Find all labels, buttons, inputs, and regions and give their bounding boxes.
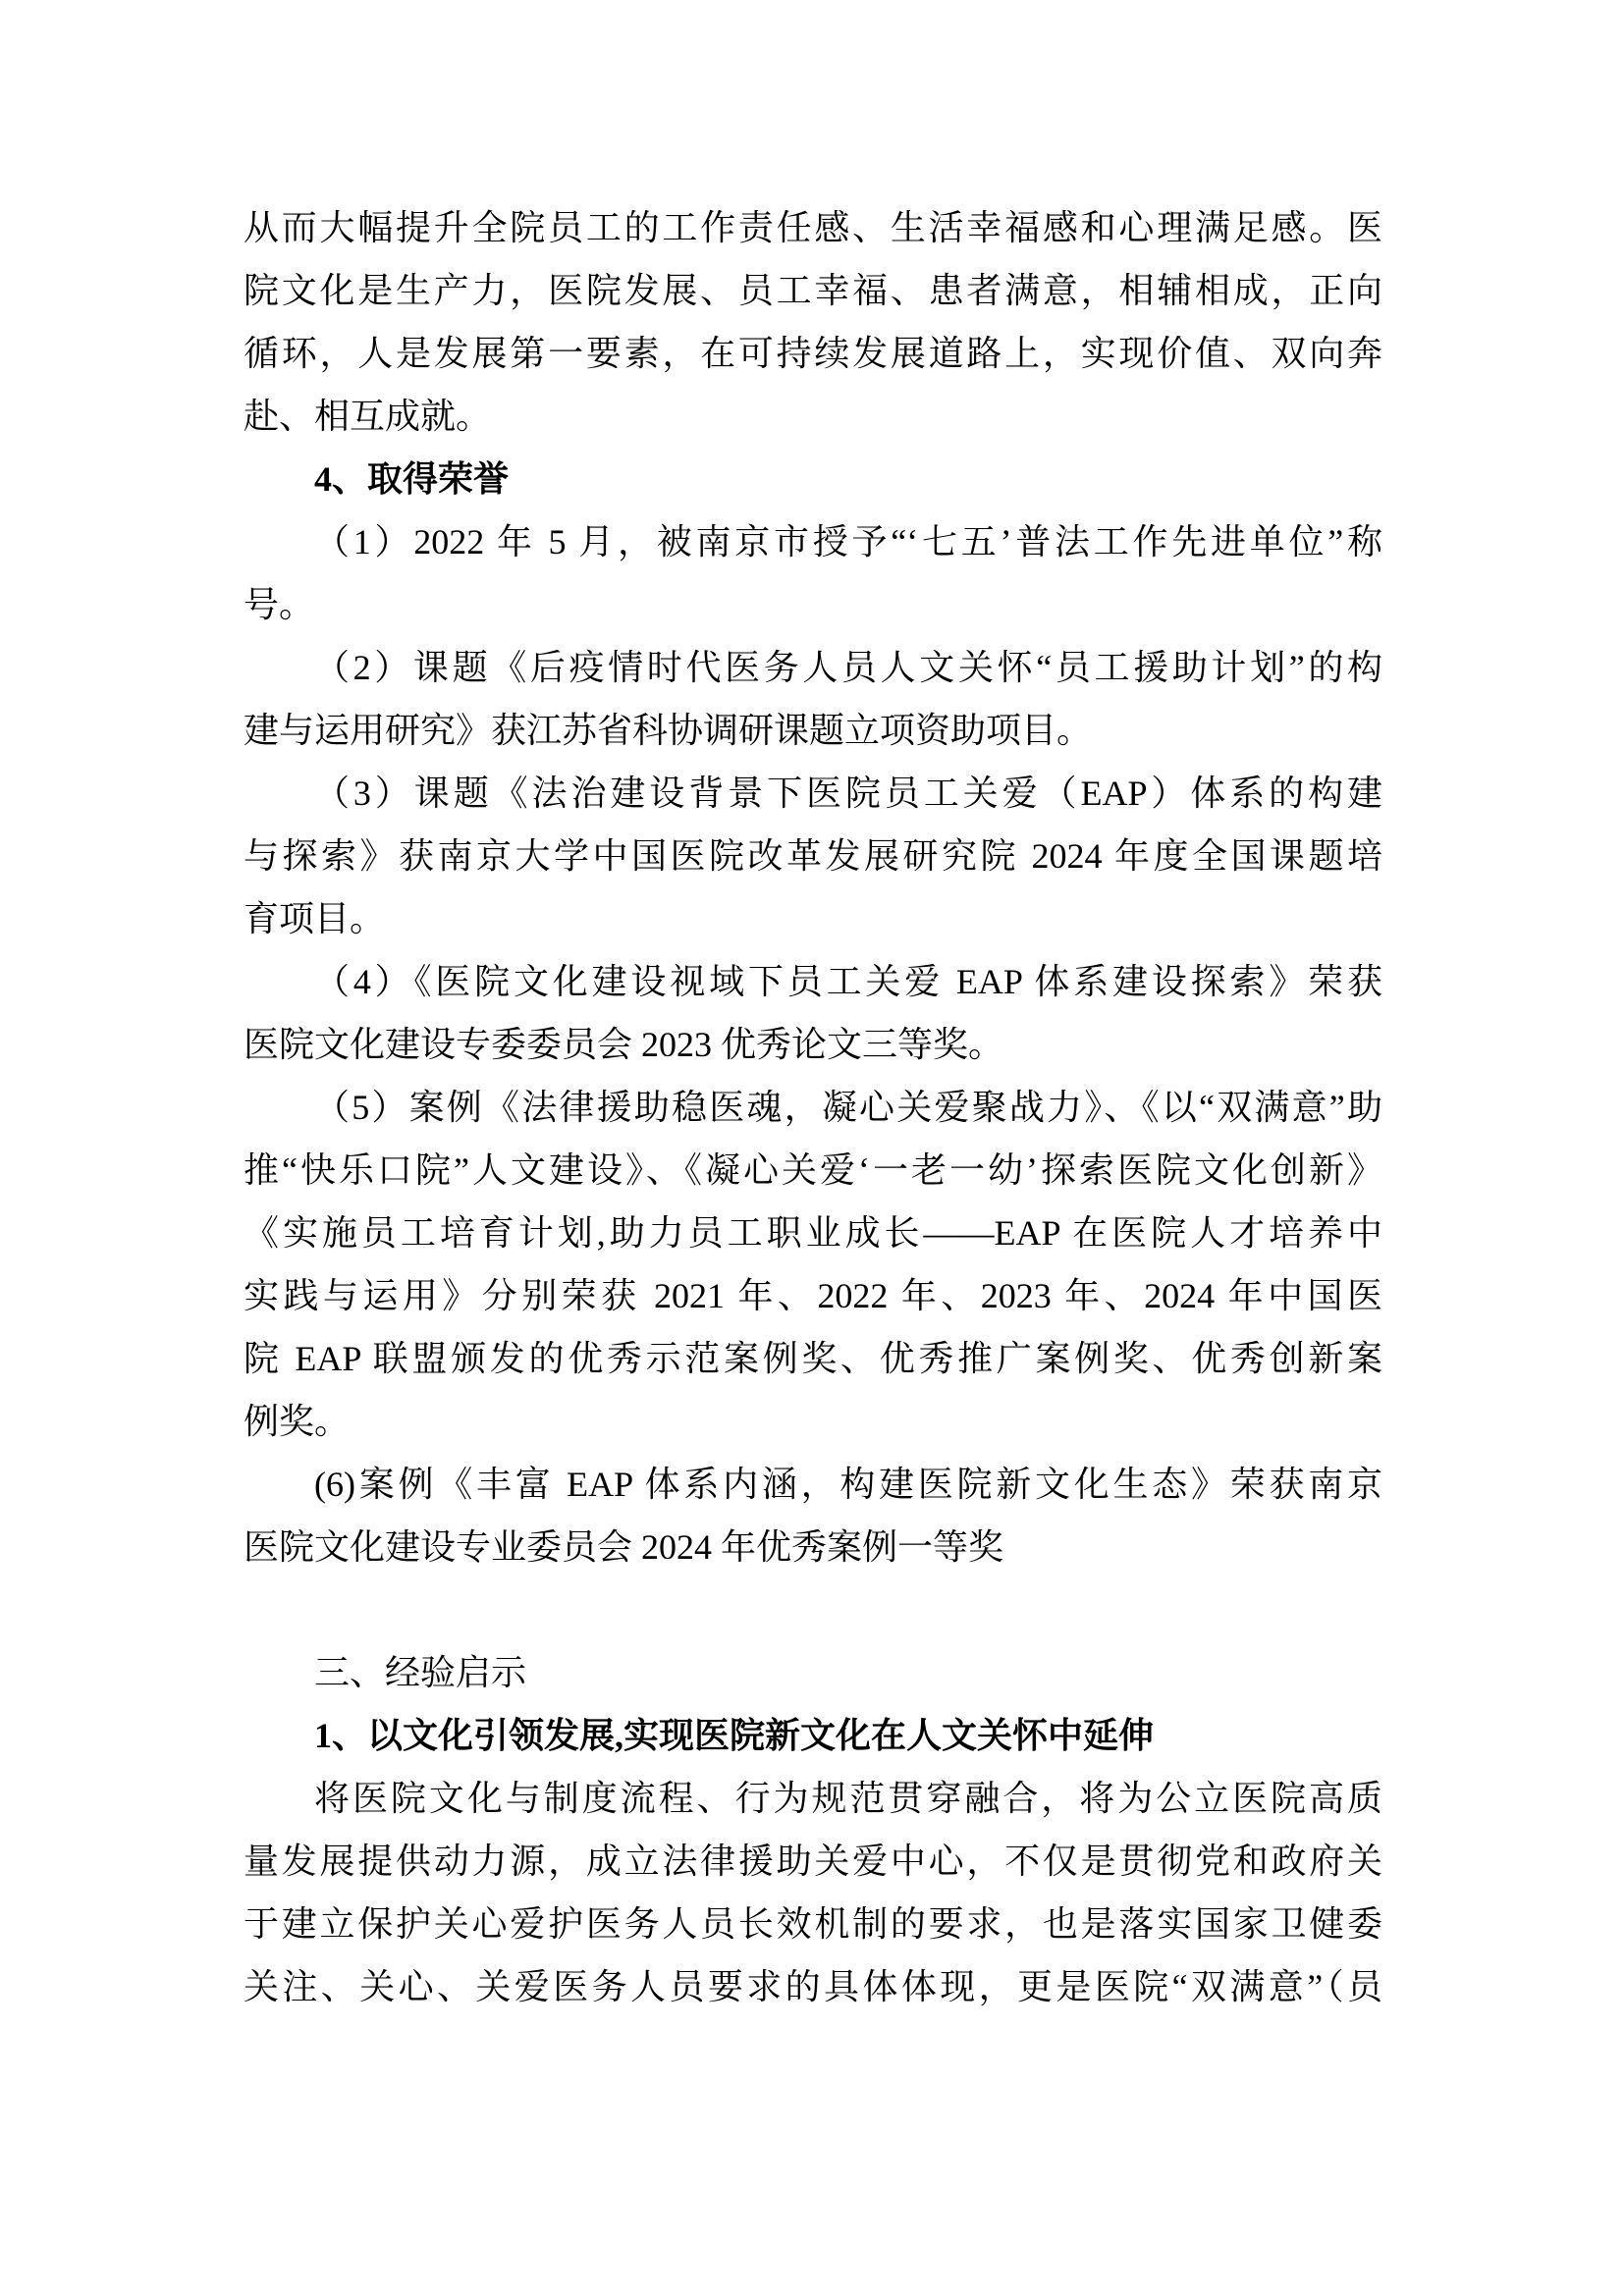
text-line: 育项目。	[244, 887, 1382, 950]
text-line: 赴、相互成就。	[244, 385, 1382, 448]
text-line: 将医院文化与制度流程、行为规范贯穿融合，将为公立医院高质	[244, 1767, 1382, 1830]
text-line: 关注、关心、关爱医务人员要求的具体体现，更是医院“双满意”（员	[244, 1955, 1382, 2018]
text-line: （3）课题《法治建设背景下医院员工关爱（EAP）体系的构建	[244, 762, 1382, 825]
text-line: 号。	[244, 573, 1382, 636]
text-line: 4、取得荣誉	[244, 448, 1382, 510]
text-block: 从而大幅提升全院员工的工作责任感、生活幸福感和心理满足感。医院文化是生产力，医院…	[244, 196, 1382, 2018]
text-line: 医院文化建设专委委员会 2023 优秀论文三等奖。	[244, 1013, 1382, 1076]
text-line: 1、以文化引领发展,实现医院新文化在人文关怀中延伸	[244, 1704, 1382, 1767]
text-line: (6)案例《丰富 EAP 体系内涵，构建医院新文化生态》荣获南京	[244, 1453, 1382, 1516]
text-line: 例奖。	[244, 1390, 1382, 1453]
text-line: （1）2022 年 5 月，被南京市授予“‘七五’普法工作先进单位”称	[244, 510, 1382, 573]
text-line: 医院文化建设专业委员会 2024 年优秀案例一等奖	[244, 1516, 1382, 1578]
text-line: 院 EAP 联盟颁发的优秀示范案例奖、优秀推广案例奖、优秀创新案	[244, 1327, 1382, 1390]
text-line	[244, 1578, 1382, 1641]
text-line: 《实施员工培育计划,助力员工职业成长——EAP 在医院人才培养中	[244, 1201, 1382, 1264]
text-line: 循环，人是发展第一要素，在可持续发展道路上，实现价值、双向奔	[244, 322, 1382, 385]
text-line: （5）案例《法律援助稳医魂，凝心关爱聚战力》、《以“双满意”助	[244, 1076, 1382, 1139]
text-line: 院文化是生产力，医院发展、员工幸福、患者满意，相辅相成，正向	[244, 259, 1382, 322]
text-line: 三、经验启示	[244, 1641, 1382, 1704]
text-line: 从而大幅提升全院员工的工作责任感、生活幸福感和心理满足感。医	[244, 196, 1382, 259]
text-line: 推“快乐口院”人文建设》、《凝心关爱‘一老一幼’探索医院文化创新》	[244, 1139, 1382, 1201]
text-line: 实践与运用》分别荣获 2021 年、2022 年、2023 年、2024 年中国…	[244, 1264, 1382, 1327]
text-line: 于建立保护关心爱护医务人员长效机制的要求，也是落实国家卫健委	[244, 1893, 1382, 1955]
text-line: 与探索》获南京大学中国医院改革发展研究院 2024 年度全国课题培	[244, 825, 1382, 887]
text-line: （2）课题《后疫情时代医务人员人文关怀“员工援助计划”的构	[244, 636, 1382, 699]
text-line: （4）《医院文化建设视域下员工关爱 EAP 体系建设探索》荣获	[244, 950, 1382, 1013]
text-line: 建与运用研究》获江苏省科协调研课题立项资助项目。	[244, 699, 1382, 762]
document-page: 从而大幅提升全院员工的工作责任感、生活幸福感和心理满足感。医院文化是生产力，医院…	[0, 0, 1624, 2296]
text-line: 量发展提供动力源，成立法律援助关爱中心，不仅是贯彻党和政府关	[244, 1830, 1382, 1893]
